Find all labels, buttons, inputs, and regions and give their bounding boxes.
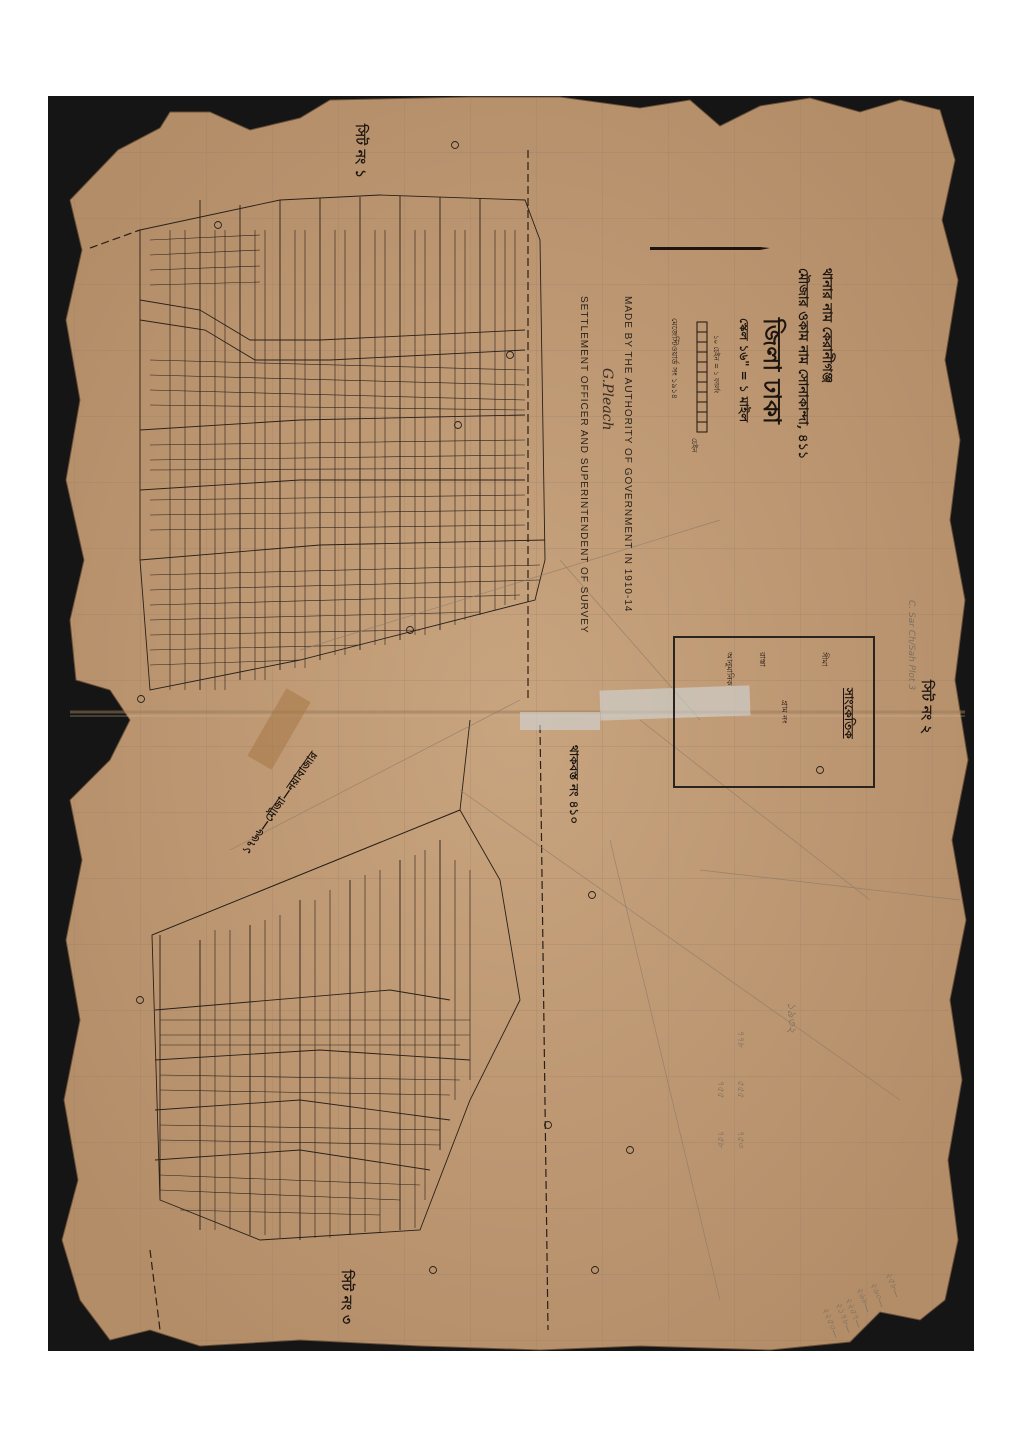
- title-mouza: মৌজার ওকাম নাম সোনাকান্দা, ৪১১: [791, 268, 812, 459]
- pencil-note-col-4: ৭৫৫: [713, 1080, 728, 1098]
- title-scale: স্কেল ১৬" = ১ মাইল: [732, 318, 752, 422]
- pencil-note-col-5: ৭৫৮: [713, 1130, 728, 1148]
- signature: G.Pleach: [599, 368, 615, 431]
- sheet-label-bottom: সিট নং ৩: [334, 1270, 358, 1324]
- title-district: জিলা ঢাকা: [750, 318, 790, 424]
- scale-bar-note: ১০ চেইন = ১ ফার্লং: [710, 335, 722, 393]
- scale-bar-label: চেইন: [688, 438, 700, 452]
- authority-made-by: MADE BY THE AUTHORITY OF GOVERNMENT IN 1…: [622, 296, 633, 612]
- pencil-note-year: ১৯৩২: [780, 1002, 800, 1033]
- print-note: মেজেস্টিওয়ার্ড সং ১৯১৪: [667, 318, 680, 399]
- title-thana: থানার নাম কেরানীগঞ্জ: [815, 268, 836, 383]
- pencil-note-col-2: ৫৫৫: [733, 1080, 748, 1098]
- authority-officer: SETTLEMENT OFFICER AND SUPERINTENDENT OF…: [578, 296, 589, 634]
- boundary-label: থাকবস্ত নং ৪১০: [562, 745, 582, 824]
- legend-title: সাংকেতিক: [837, 688, 857, 739]
- sheet-label-top: সিট নং ১: [348, 124, 372, 178]
- legend-row-boundary: সীমা: [817, 652, 830, 666]
- legend-row-village: গ্রাম নং: [777, 700, 790, 724]
- sheet-label-right: সিট নং ২: [914, 680, 938, 734]
- pencil-note-col-3: ৭৫৩: [733, 1130, 748, 1148]
- tape-repair: [520, 712, 600, 730]
- pencil-note-col-1: ৭৭৮: [733, 1030, 748, 1048]
- pencil-note-right: C. Sar Ch/Sah Plot 3: [906, 600, 916, 690]
- legend-row-notes: আনুমানিক: [722, 652, 735, 686]
- legend-row-road: রাস্তা: [755, 652, 768, 667]
